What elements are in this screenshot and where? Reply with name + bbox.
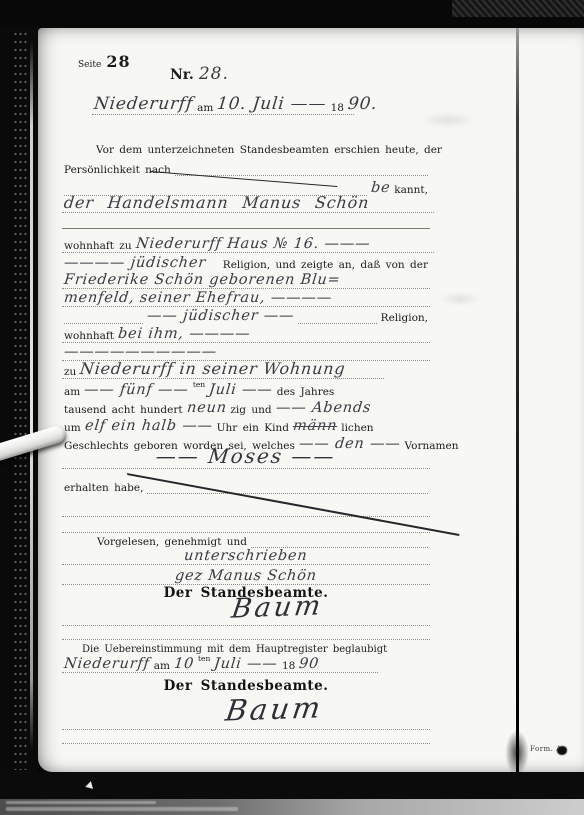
document-line: umelf ein halb ——Uhr ein Kindmännlichen (62, 416, 430, 434)
handwritten-text: Niederurff (93, 94, 194, 114)
document-line: —— Moses —— (62, 450, 430, 469)
handwritten-text: 10 (173, 656, 195, 672)
document-line: Friederike Schön geborenen Blu= (62, 270, 430, 289)
handwritten-text: 10. Juli —— (216, 94, 327, 114)
document-line: Niederurffam10. Juli ——1890. (92, 96, 354, 115)
document-line: zuNiederurff in seiner Wohnung (62, 360, 384, 379)
handwritten-text-struck: männ (292, 418, 338, 434)
handwritten-text: Friederike Schön geborenen Blu= (63, 272, 341, 288)
handwritten-text: ———— jüdischer (63, 255, 207, 271)
document-line: am—— fünf ——tenJuli ——des Jahres (62, 380, 430, 398)
printed-text: wohnhaft (64, 330, 114, 342)
printed-text: Religion, (381, 312, 428, 324)
handwritten-text: elf ein halb —— (84, 418, 214, 434)
printed-text: lichen (341, 422, 373, 434)
document-line: tausend acht hundertneunzig und—— Abends (62, 398, 430, 416)
document-line: —— jüdischer ——Religion, (62, 306, 430, 324)
handwritten-text: neun (186, 400, 227, 416)
printed-superscript: ten (198, 654, 210, 663)
document-line: Niederurffam10tenJuli ——1890 (62, 654, 378, 673)
document-line: ———— jüdischerReligion, und zeigte an, d… (62, 253, 430, 271)
document-line: menfeld, seiner Ehefrau, ———— (62, 288, 430, 307)
printed-text: um (64, 422, 81, 434)
illegible-microfilm-text (6, 807, 238, 811)
document-line: unterschrieben (62, 546, 430, 565)
handwritten-text: bei ihm, ———— (117, 326, 251, 342)
handwritten-text: der Handelsmann Manus Schön (63, 193, 370, 212)
printed-text: Uhr ein Kind (217, 422, 289, 434)
printed-text: wohnhaft zu (64, 240, 132, 252)
handwritten-text: 90 (298, 656, 320, 672)
handwritten-text: Niederurff in seiner Wohnung (79, 359, 346, 378)
handwritten-text: —— Abends (275, 400, 372, 416)
printed-text: zig und (230, 404, 271, 416)
registrar-signature: Baum (230, 590, 326, 624)
handwritten-text: 90. (347, 94, 379, 114)
printed-text: 18 (282, 660, 295, 672)
document-line: Der Standesbeamte. (62, 676, 430, 694)
handwritten-text: —— jüdischer —— (146, 308, 295, 324)
registrar-signature: Baum (223, 690, 325, 727)
document-line: wohnhaft zuNiederurff Haus № 16. ——— (62, 234, 434, 253)
handwritten-text: Juli —— (208, 382, 273, 398)
handwritten-text: menfeld, seiner Ehefrau, ———— (63, 290, 333, 306)
handwritten-text: unterschrieben (183, 548, 308, 564)
document-line: Vor dem unterzeichneten Standesbeamten e… (94, 138, 430, 156)
handwritten-text: gez Manus Schön (174, 568, 317, 584)
printed-text: tausend acht hundert (64, 404, 183, 416)
printed-text: zu (64, 366, 76, 378)
document-line: der Handelsmann Manus Schön (62, 194, 434, 213)
printed-text: 18 (331, 102, 344, 114)
handwritten-text: Niederurff (63, 656, 150, 672)
illegible-microfilm-text (6, 801, 156, 804)
handwritten-text: Niederurff Haus № 16. ——— (135, 236, 371, 252)
printed-text: des Jahres (277, 386, 335, 398)
blank-rule (147, 480, 428, 494)
printed-text: Vor dem unterzeichneten Standesbeamten e… (96, 144, 442, 156)
printed-superscript: ten (193, 380, 205, 389)
scanned-document: Seite 28 Nr. 28. Niederurffam10. Juli ——… (0, 0, 584, 815)
document-line: Persönlichkeit nach (62, 158, 430, 176)
blank-rule (64, 310, 143, 324)
ink-blot (557, 746, 567, 755)
printed-text: am (197, 102, 213, 114)
document-line: erhalten habe, (62, 476, 430, 494)
blank-rule (175, 162, 428, 176)
document-line: wohnhaftbei ihm, ———— (62, 324, 430, 343)
document-line (62, 725, 430, 744)
document-line: Die Uebereinstimmung mit dem Hauptregist… (80, 637, 448, 655)
printed-text: erhalten habe, (64, 482, 143, 494)
printed-text: Persönlichkeit nach (64, 164, 171, 176)
handwritten-text: Juli —— (213, 656, 278, 672)
printed-text: am (64, 386, 80, 398)
handwritten-text: —— fünf —— (83, 382, 189, 398)
blank-rule (298, 310, 377, 324)
document-line (62, 222, 430, 229)
printed-text: am (154, 660, 170, 672)
handwritten-text: —————————— (63, 344, 218, 360)
handwritten-text-large: —— Moses —— (155, 444, 338, 468)
